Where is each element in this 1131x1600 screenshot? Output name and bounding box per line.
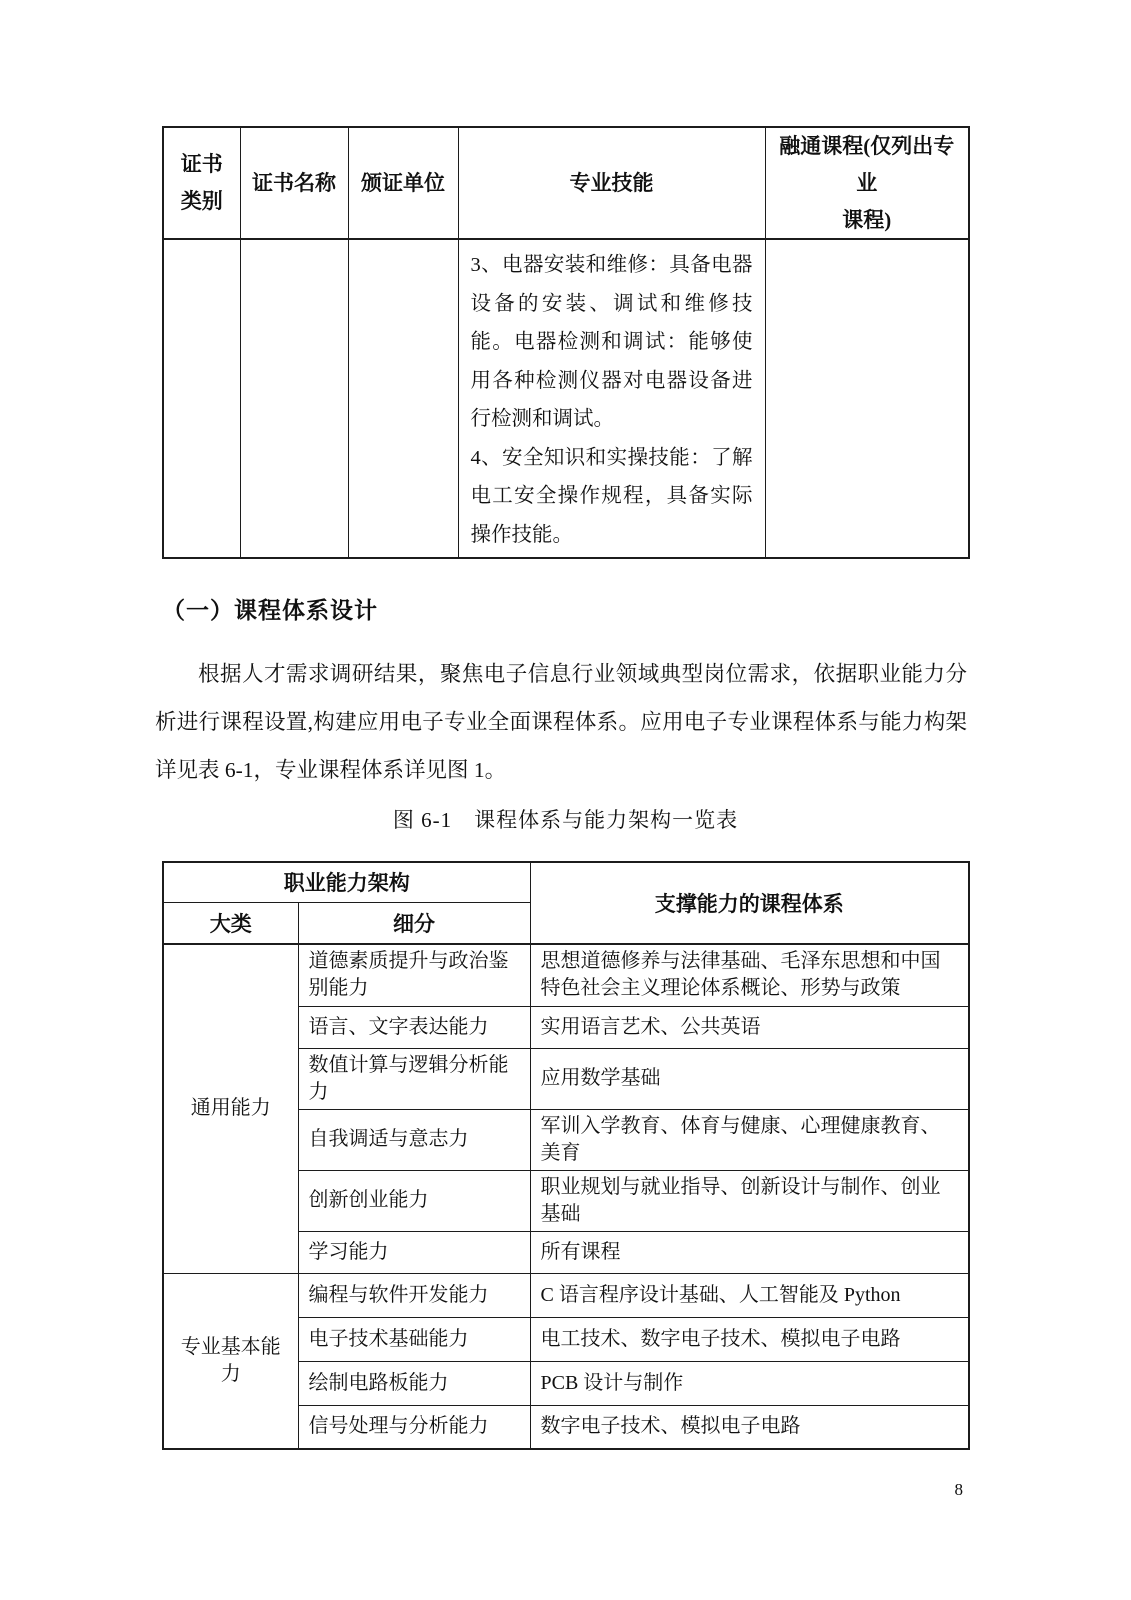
subdivision-cell: 语言、文字表达能力 xyxy=(298,1006,530,1048)
skill-item: 4、安全知识和实操技能：了解电工安全操作规程，具备实际操作技能。 xyxy=(471,439,753,555)
table-row: 通用能力 道德素质提升与政治鉴别能力 思想道德修养与法律基础、毛泽东思想和中国特… xyxy=(163,944,969,1006)
section-heading: （一）课程体系设计 xyxy=(162,592,378,625)
header-ability-framework: 职业能力架构 xyxy=(163,862,530,902)
table-row: 专业基本能力 编程与软件开发能力 C 语言程序设计基础、人工智能及 Python xyxy=(163,1273,969,1317)
courses-cell: PCB 设计与制作 xyxy=(530,1361,969,1405)
figure-caption: 图 6-1 课程体系与能力架构一览表 xyxy=(0,804,1131,834)
cert-category-cell-empty xyxy=(163,239,240,558)
certificate-table-header-row: 证书 类别 证书名称 颁证单位 专业技能 融通课程(仅列出专业 课程) xyxy=(163,127,969,239)
header-course-system: 支撑能力的课程体系 xyxy=(530,862,969,944)
courses-cell: 所有课程 xyxy=(530,1231,969,1273)
subdivision-cell: 自我调适与意志力 xyxy=(298,1109,530,1170)
cert-name-cell-empty xyxy=(240,239,348,558)
category-cell-professional: 专业基本能力 xyxy=(163,1273,298,1449)
header-cert-name: 证书名称 xyxy=(240,127,348,239)
professional-skills-cell: 3、电器安装和维修：具备电器设备的安装、调试和维修技能。电器检测和调试：能够使用… xyxy=(458,239,765,558)
courses-cell: 思想道德修养与法律基础、毛泽东思想和中国特色社会主义理论体系概论、形势与政策 xyxy=(530,944,969,1006)
header-cert-issuer: 颁证单位 xyxy=(348,127,458,239)
courses-cell: 电工技术、数字电子技术、模拟电子电路 xyxy=(530,1317,969,1361)
header-professional-skills: 专业技能 xyxy=(458,127,765,239)
subdivision-cell: 绘制电路板能力 xyxy=(298,1361,530,1405)
subdivision-cell: 道德素质提升与政治鉴别能力 xyxy=(298,944,530,1006)
skill-item: 3、电器安装和维修：具备电器设备的安装、调试和维修技能。电器检测和调试：能够使用… xyxy=(471,246,753,439)
courses-cell: 应用数学基础 xyxy=(530,1048,969,1109)
courses-cell: 职业规划与就业指导、创新设计与制作、创业基础 xyxy=(530,1170,969,1231)
table-header-row: 职业能力架构 支撑能力的课程体系 xyxy=(163,862,969,902)
header-subdivision: 细分 xyxy=(298,902,530,944)
courses-cell: 数字电子技术、模拟电子电路 xyxy=(530,1405,969,1449)
courses-cell: 军训入学教育、体育与健康、心理健康教育、美育 xyxy=(530,1109,969,1170)
subdivision-cell: 创新创业能力 xyxy=(298,1170,530,1231)
subdivision-cell: 学习能力 xyxy=(298,1231,530,1273)
header-category: 大类 xyxy=(163,902,298,944)
subdivision-cell: 数值计算与逻辑分析能力 xyxy=(298,1048,530,1109)
courses-cell: 实用语言艺术、公共英语 xyxy=(530,1006,969,1048)
subdivision-cell: 电子技术基础能力 xyxy=(298,1317,530,1361)
body-paragraph: 根据人才需求调研结果，聚焦电子信息行业领域典型岗位需求，依据职业能力分析进行课程… xyxy=(155,650,967,794)
certificate-table: 证书 类别 证书名称 颁证单位 专业技能 融通课程(仅列出专业 课程) 3、电器… xyxy=(162,126,970,559)
bridging-courses-cell-empty xyxy=(765,239,969,558)
page-number: 8 xyxy=(955,1480,964,1500)
certificate-table-body-row: 3、电器安装和维修：具备电器设备的安装、调试和维修技能。电器检测和调试：能够使用… xyxy=(163,239,969,558)
subdivision-cell: 信号处理与分析能力 xyxy=(298,1405,530,1449)
header-bridging-courses: 融通课程(仅列出专业 课程) xyxy=(765,127,969,239)
header-cert-category: 证书 类别 xyxy=(163,127,240,239)
courses-cell: C 语言程序设计基础、人工智能及 Python xyxy=(530,1273,969,1317)
document-page: 证书 类别 证书名称 颁证单位 专业技能 融通课程(仅列出专业 课程) 3、电器… xyxy=(0,0,1131,1600)
cert-issuer-cell-empty xyxy=(348,239,458,558)
category-cell-general: 通用能力 xyxy=(163,944,298,1273)
ability-course-table: 职业能力架构 支撑能力的课程体系 大类 细分 通用能力 道德素质提升与政治鉴别能… xyxy=(162,861,970,1450)
subdivision-cell: 编程与软件开发能力 xyxy=(298,1273,530,1317)
